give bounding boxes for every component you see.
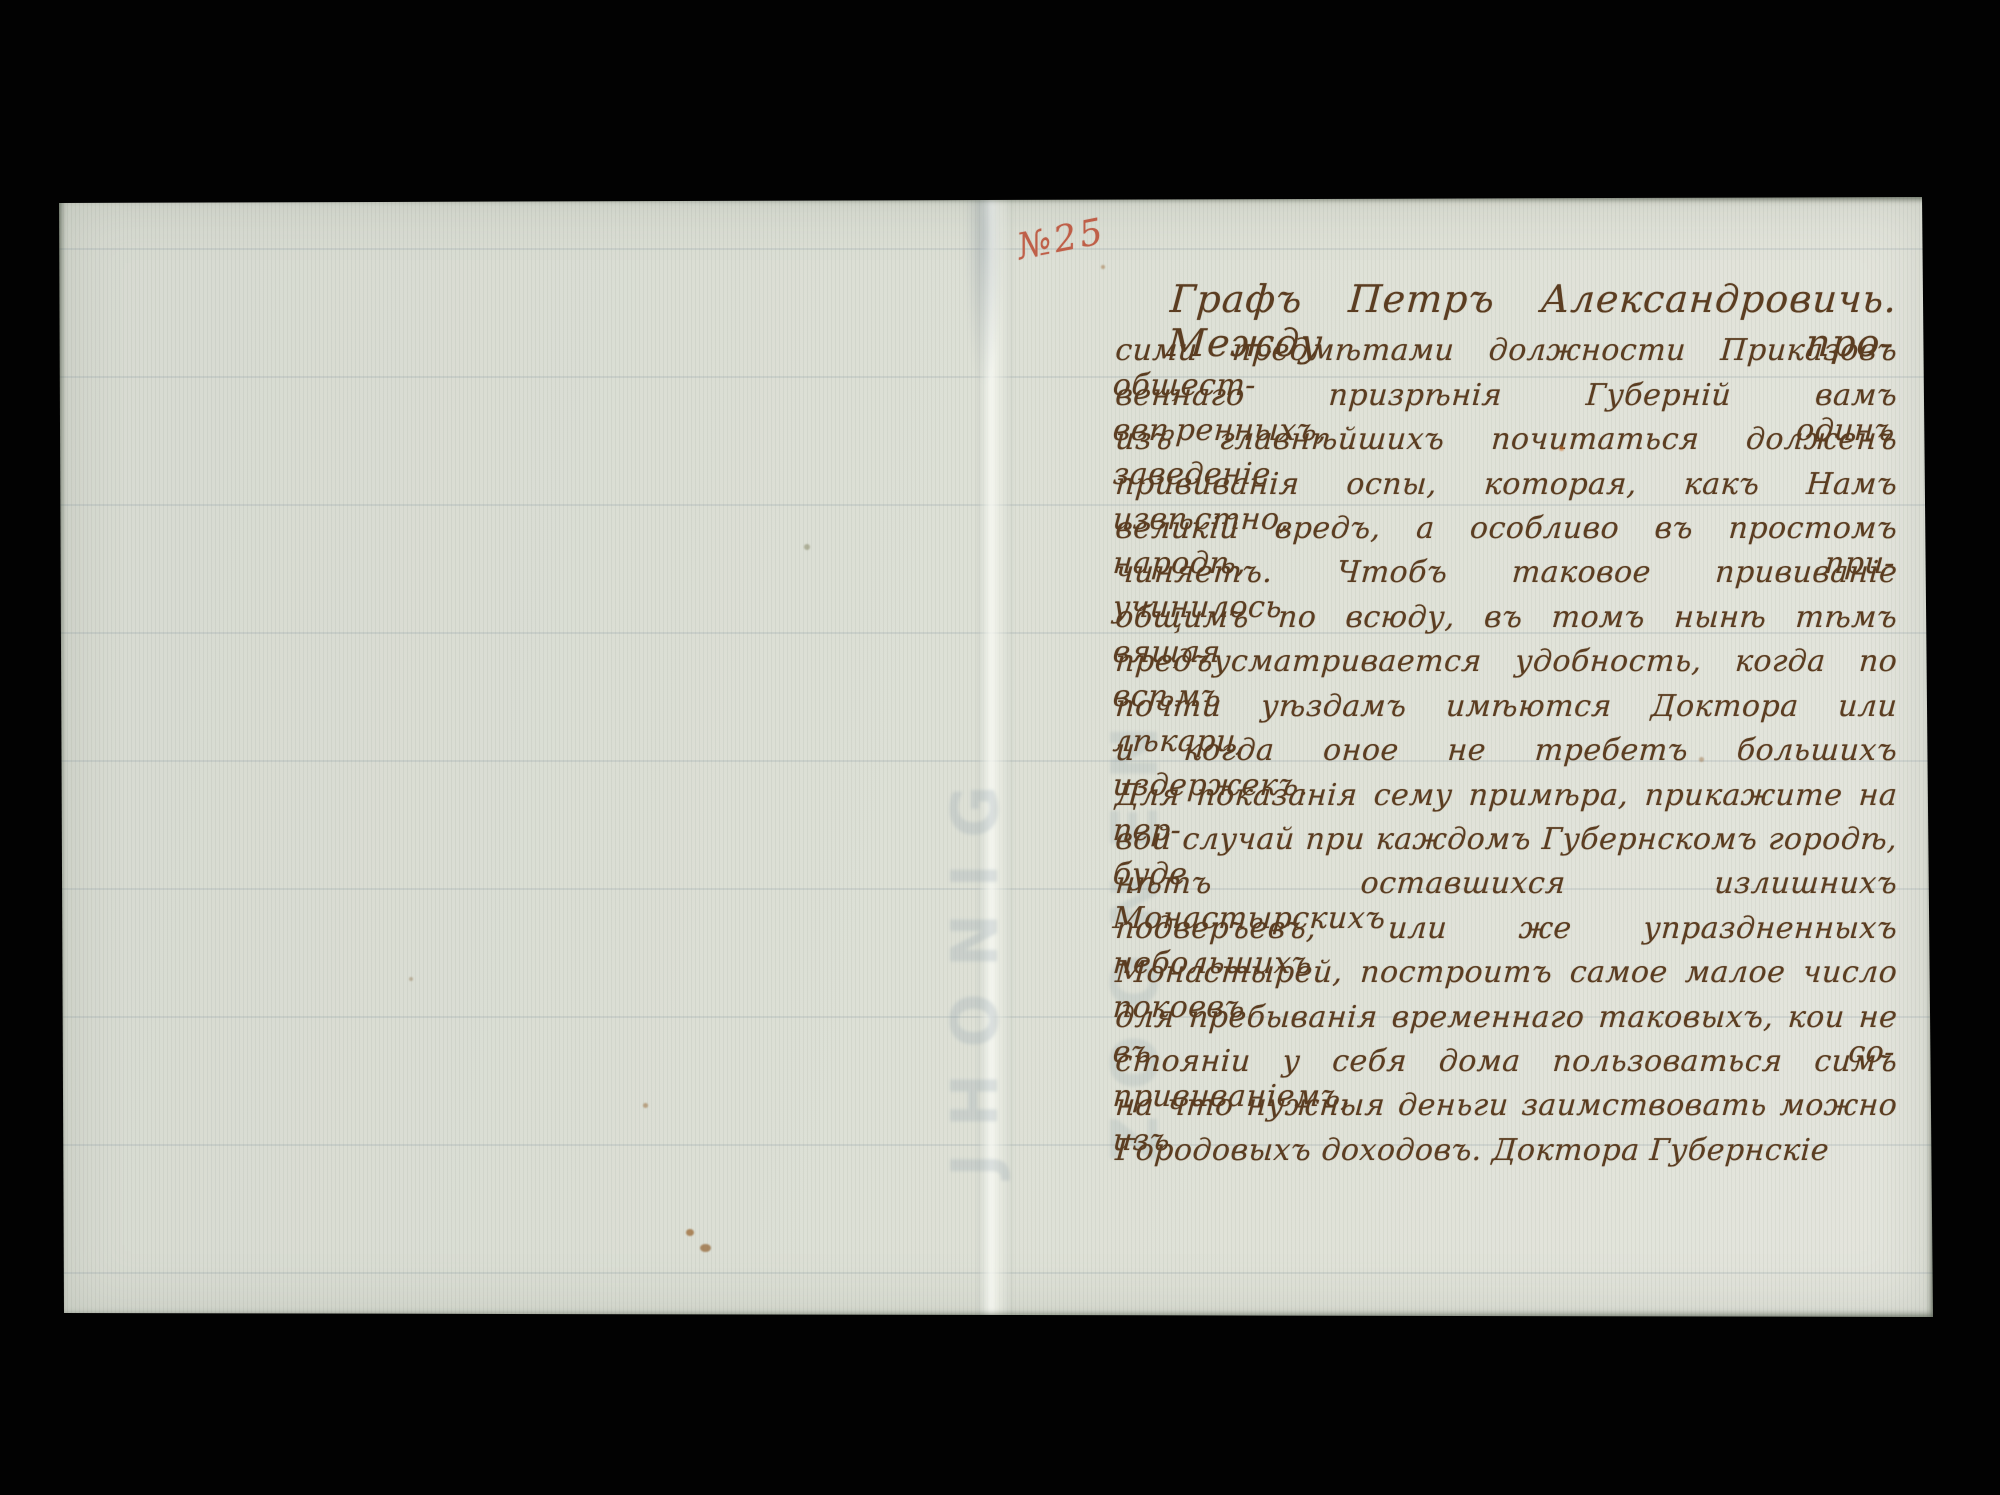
photo-background: JHONIG ZOONEN №25 Графъ Петръ Александро… <box>0 0 2000 1495</box>
manuscript-page: JHONIG ZOONEN №25 Графъ Петръ Александро… <box>59 197 1933 1317</box>
paper-edge-shading <box>59 197 1933 1317</box>
